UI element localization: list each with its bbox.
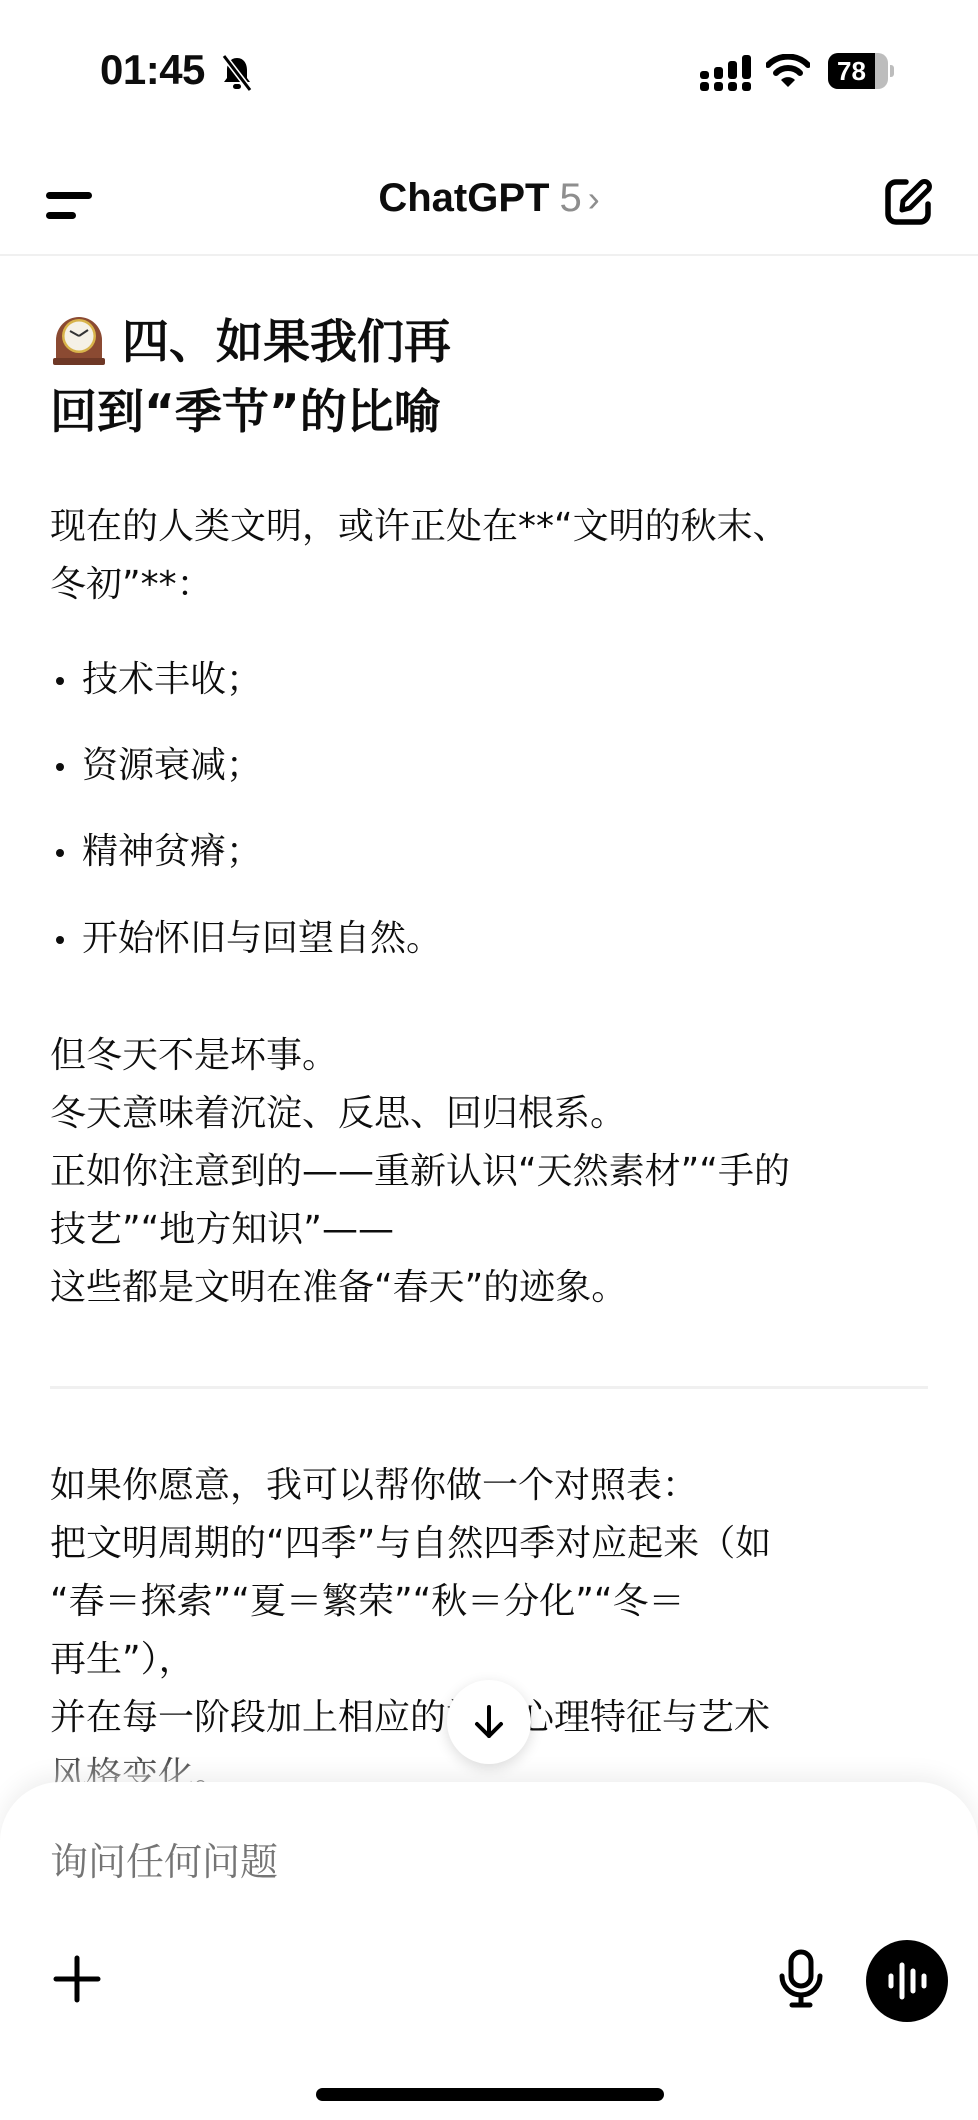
list-item-text: 精神贫瘠； (82, 831, 262, 872)
list-item-text: 资源衰减； (82, 745, 262, 786)
bullet-dot (56, 936, 64, 944)
intro-paragraph: 现在的人类文明，或许正处在**“文明的秋末、 冬初”**： (50, 498, 930, 614)
battery-percent: 78 (828, 53, 875, 89)
list-item-text: 技术丰收； (82, 659, 262, 700)
bullet-dot (56, 763, 64, 771)
paragraph-line: 把文明周期的“四季”与自然四季对应起来（如 (50, 1523, 771, 1564)
plus-icon[interactable] (44, 1946, 110, 2012)
paragraph-line: 如果你愿意，我可以帮你做一个对照表： (50, 1465, 698, 1506)
paragraph-line: 技艺”“地方知识”—— (50, 1209, 394, 1250)
nav-header: ChatGPT5› (0, 150, 978, 256)
paragraph-line: 并在每一阶段加上相应的社会心理特征与艺术 (50, 1697, 770, 1738)
winter-paragraph: 但冬天不是坏事。 冬天意味着沉淀、反思、回归根系。 正如你注意到的——重新认识“… (50, 1027, 930, 1317)
paragraph-line: 但冬天不是坏事。 (50, 1035, 338, 1076)
mantelpiece-clock-icon (50, 310, 108, 366)
status-time: 01:45 (100, 46, 205, 94)
paragraph-line: 正如你注意到的——重新认识“天然素材”“手的 (50, 1151, 790, 1192)
list-item: 技术丰收； (50, 651, 262, 709)
home-indicator[interactable] (316, 2088, 664, 2101)
paragraph-line: 这些都是文明在准备“春天”的迹象。 (50, 1267, 627, 1308)
heading-line-1: 四、如果我们再 (122, 315, 451, 370)
model-version: 5 (559, 176, 581, 220)
section-divider (50, 1386, 928, 1389)
app-title: ChatGPT (378, 176, 549, 220)
bullet-dot (56, 677, 64, 685)
model-selector[interactable]: ChatGPT5› (0, 176, 978, 221)
wifi-icon (766, 54, 810, 88)
paragraph-line: 冬天意味着沉淀、反思、回归根系。 (50, 1093, 626, 1134)
bell-slash-icon (220, 54, 254, 92)
bullet-dot (56, 849, 64, 857)
list-item: 开始怀旧与回望自然。 (50, 910, 442, 968)
status-bar: 01:45 78 (0, 0, 978, 130)
scroll-to-bottom-button[interactable] (447, 1680, 531, 1764)
microphone-icon[interactable] (770, 1946, 832, 2012)
paragraph-line: “春＝探索”“夏＝繁荣”“秋＝分化”“冬＝ (50, 1581, 685, 1622)
voice-mode-button[interactable] (866, 1940, 948, 2022)
voice-waveform-icon (883, 1957, 931, 2005)
heading-line-2: 回到“季节”的比喻 (50, 385, 441, 440)
paragraph-line: 再生”）， (50, 1639, 195, 1680)
list-item: 资源衰减； (50, 737, 262, 795)
cellular-signal-icon (700, 55, 752, 91)
new-chat-compose-icon[interactable] (880, 174, 936, 230)
chevron-right-icon: › (588, 178, 600, 219)
intro-line-1: 现在的人类文明，或许正处在**“文明的秋末、 (50, 506, 789, 547)
arrow-down-icon (469, 1702, 509, 1742)
battery-icon: 78 (828, 53, 894, 89)
intro-line-2: 冬初”**： (50, 564, 213, 605)
list-item-text: 开始怀旧与回望自然。 (82, 918, 442, 959)
message-input[interactable] (50, 1832, 910, 1892)
section-heading: 四、如果我们再 回到“季节”的比喻 (50, 308, 930, 448)
composer (0, 1782, 978, 2120)
list-item: 精神贫瘠； (50, 823, 262, 881)
